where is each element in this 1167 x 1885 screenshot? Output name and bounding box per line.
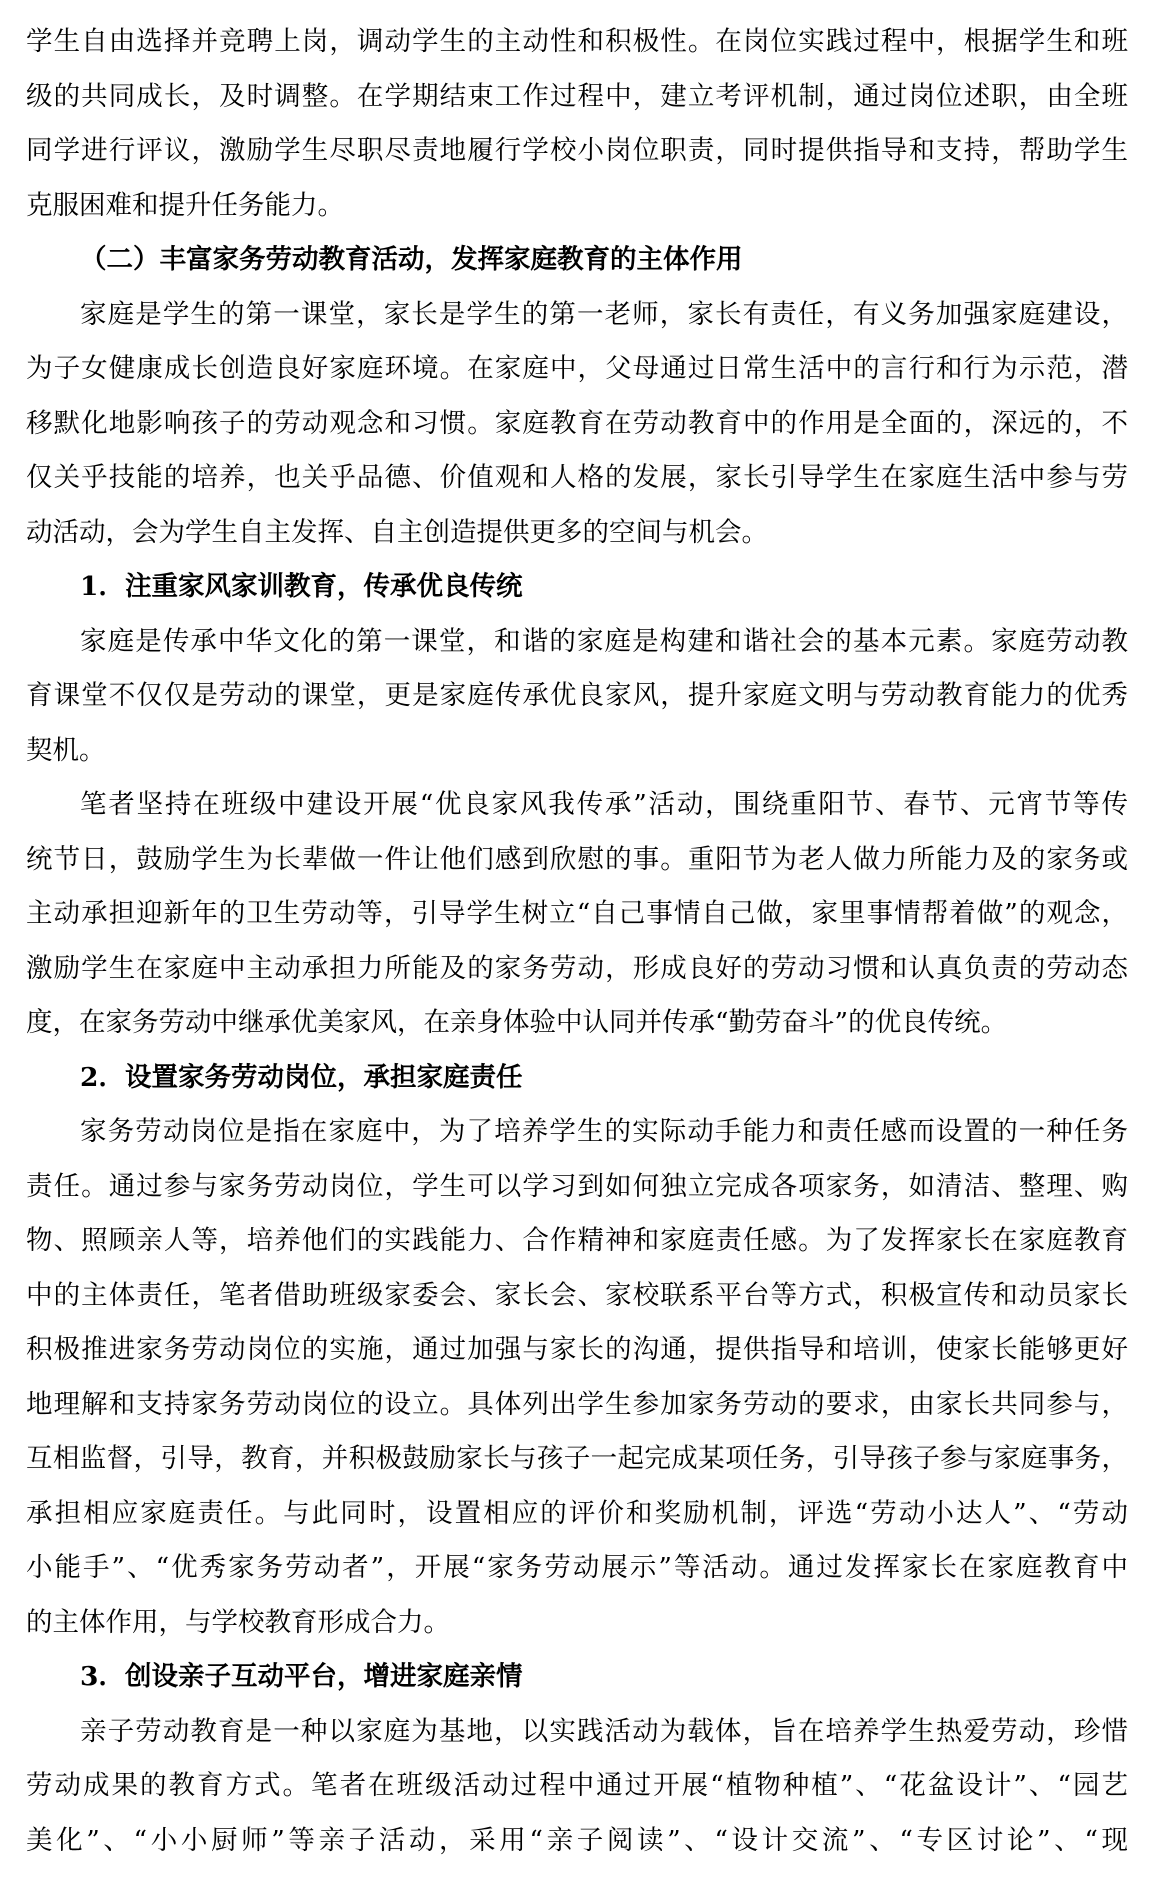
subsection-heading-1: 1．注重家风家训教育，传承优良传统 <box>26 560 1128 615</box>
text-line: 契机。 <box>26 724 1128 779</box>
paragraph-continues: 亲子劳动教育是一种以家庭为基地，以实践活动为载体，旨在培养学生热爱劳动，珍惜 劳… <box>26 1705 1128 1869</box>
section-heading-2: （二）丰富家务劳动教育活动，发挥家庭教育的主体作用 <box>26 233 1128 288</box>
text-line: 小能手”、“优秀家务劳动者”，开展“家务劳动展示”等活动。通过发挥家长在家庭教育… <box>26 1541 1128 1596</box>
text-line: 育课堂不仅仅是劳动的课堂，更是家庭传承优良家风，提升家庭文明与劳动教育能力的优秀 <box>26 669 1128 724</box>
text-line: 地理解和支持家务劳动岗位的设立。具体列出学生参加家务劳动的要求，由家长共同参与， <box>26 1378 1128 1433</box>
subsection-heading-3: 3．创设亲子互动平台，增进家庭亲情 <box>26 1650 1128 1705</box>
text-line: 劳动成果的教育方式。笔者在班级活动过程中通过开展“植物种植”、“花盆设计”、“园… <box>26 1759 1128 1814</box>
paragraph: 家庭是学生的第一课堂，家长是学生的第一老师，家长有责任，有义务加强家庭建设， 为… <box>26 288 1128 561</box>
text-line: 同学进行评议，激励学生尽职尽责地履行学校小岗位职责，同时提供指导和支持，帮助学生 <box>26 124 1128 179</box>
subsection-heading-2: 2．设置家务劳动岗位，承担家庭责任 <box>26 1051 1128 1106</box>
document-page: 学生自由选择并竞聘上岗，调动学生的主动性和积极性。在岗位实践过程中，根据学生和班… <box>26 15 1128 1868</box>
text-line: 承担相应家庭责任。与此同时，设置相应的评价和奖励机制，评选“劳动小达人”、“劳动 <box>26 1487 1128 1542</box>
text-line: 中的主体责任，笔者借助班级家委会、家长会、家校联系平台等方式，积极宣传和动员家长 <box>26 1269 1128 1324</box>
text-line: 积极推进家务劳动岗位的实施，通过加强与家长的沟通，提供指导和培训，使家长能够更好 <box>26 1323 1128 1378</box>
text-line: 家务劳动岗位是指在家庭中，为了培养学生的实际动手能力和责任感而设置的一种任务 <box>26 1105 1128 1160</box>
text-line: 物、照顾亲人等，培养他们的实践能力、合作精神和家庭责任感。为了发挥家长在家庭教育 <box>26 1214 1128 1269</box>
text-line: 亲子劳动教育是一种以家庭为基地，以实践活动为载体，旨在培养学生热爱劳动，珍惜 <box>26 1705 1128 1760</box>
text-line: 克服困难和提升任务能力。 <box>26 179 1128 234</box>
text-line: 主动承担迎新年的卫生劳动等，引导学生树立“自己事情自己做，家里事情帮着做”的观念… <box>26 887 1128 942</box>
text-line: 度，在家务劳动中继承优美家风，在亲身体验中认同并传承“勤劳奋斗”的优良传统。 <box>26 996 1128 1051</box>
text-line: 学生自由选择并竞聘上岗，调动学生的主动性和积极性。在岗位实践过程中，根据学生和班 <box>26 15 1128 70</box>
text-line: 动活动，会为学生自主发挥、自主创造提供更多的空间与机会。 <box>26 506 1128 561</box>
paragraph: 笔者坚持在班级中建设开展“优良家风我传承”活动，围绕重阳节、春节、元宵节等传 统… <box>26 778 1128 1051</box>
text-line: 仅关乎技能的培养，也关乎品德、价值观和人格的发展，家长引导学生在家庭生活中参与劳 <box>26 451 1128 506</box>
text-line: 家庭是传承中华文化的第一课堂，和谐的家庭是构建和谐社会的基本元素。家庭劳动教 <box>26 615 1128 670</box>
text-line: 互相监督，引导，教育，并积极鼓励家长与孩子一起完成某项任务，引导孩子参与家庭事务… <box>26 1432 1128 1487</box>
text-line: 激励学生在家庭中主动承担力所能及的家务劳动，形成良好的劳动习惯和认真负责的劳动态 <box>26 942 1128 997</box>
text-line: 的主体作用，与学校教育形成合力。 <box>26 1596 1128 1651</box>
text-line: 笔者坚持在班级中建设开展“优良家风我传承”活动，围绕重阳节、春节、元宵节等传 <box>26 778 1128 833</box>
text-line: 级的共同成长，及时调整。在学期结束工作过程中，建立考评机制，通过岗位述职，由全班 <box>26 70 1128 125</box>
paragraph: 家务劳动岗位是指在家庭中，为了培养学生的实际动手能力和责任感而设置的一种任务 责… <box>26 1105 1128 1650</box>
text-line: 移默化地影响孩子的劳动观念和习惯。家庭教育在劳动教育中的作用是全面的，深远的，不 <box>26 397 1128 452</box>
text-line: 家庭是学生的第一课堂，家长是学生的第一老师，家长有责任，有义务加强家庭建设， <box>26 288 1128 343</box>
text-line: 为子女健康成长创造良好家庭环境。在家庭中，父母通过日常生活中的言行和行为示范，潜 <box>26 342 1128 397</box>
paragraph: 家庭是传承中华文化的第一课堂，和谐的家庭是构建和谐社会的基本元素。家庭劳动教 育… <box>26 615 1128 779</box>
text-line: 责任。通过参与家务劳动岗位，学生可以学习到如何独立完成各项家务，如清洁、整理、购 <box>26 1160 1128 1215</box>
text-line: 统节日，鼓励学生为长辈做一件让他们感到欣慰的事。重阳节为老人做力所能力及的家务或 <box>26 833 1128 888</box>
paragraph-continued: 学生自由选择并竞聘上岗，调动学生的主动性和积极性。在岗位实践过程中，根据学生和班… <box>26 15 1128 233</box>
text-line: 美化”、“小小厨师”等亲子活动，采用“亲子阅读”、“设计交流”、“专区讨论”、“… <box>26 1814 1128 1869</box>
